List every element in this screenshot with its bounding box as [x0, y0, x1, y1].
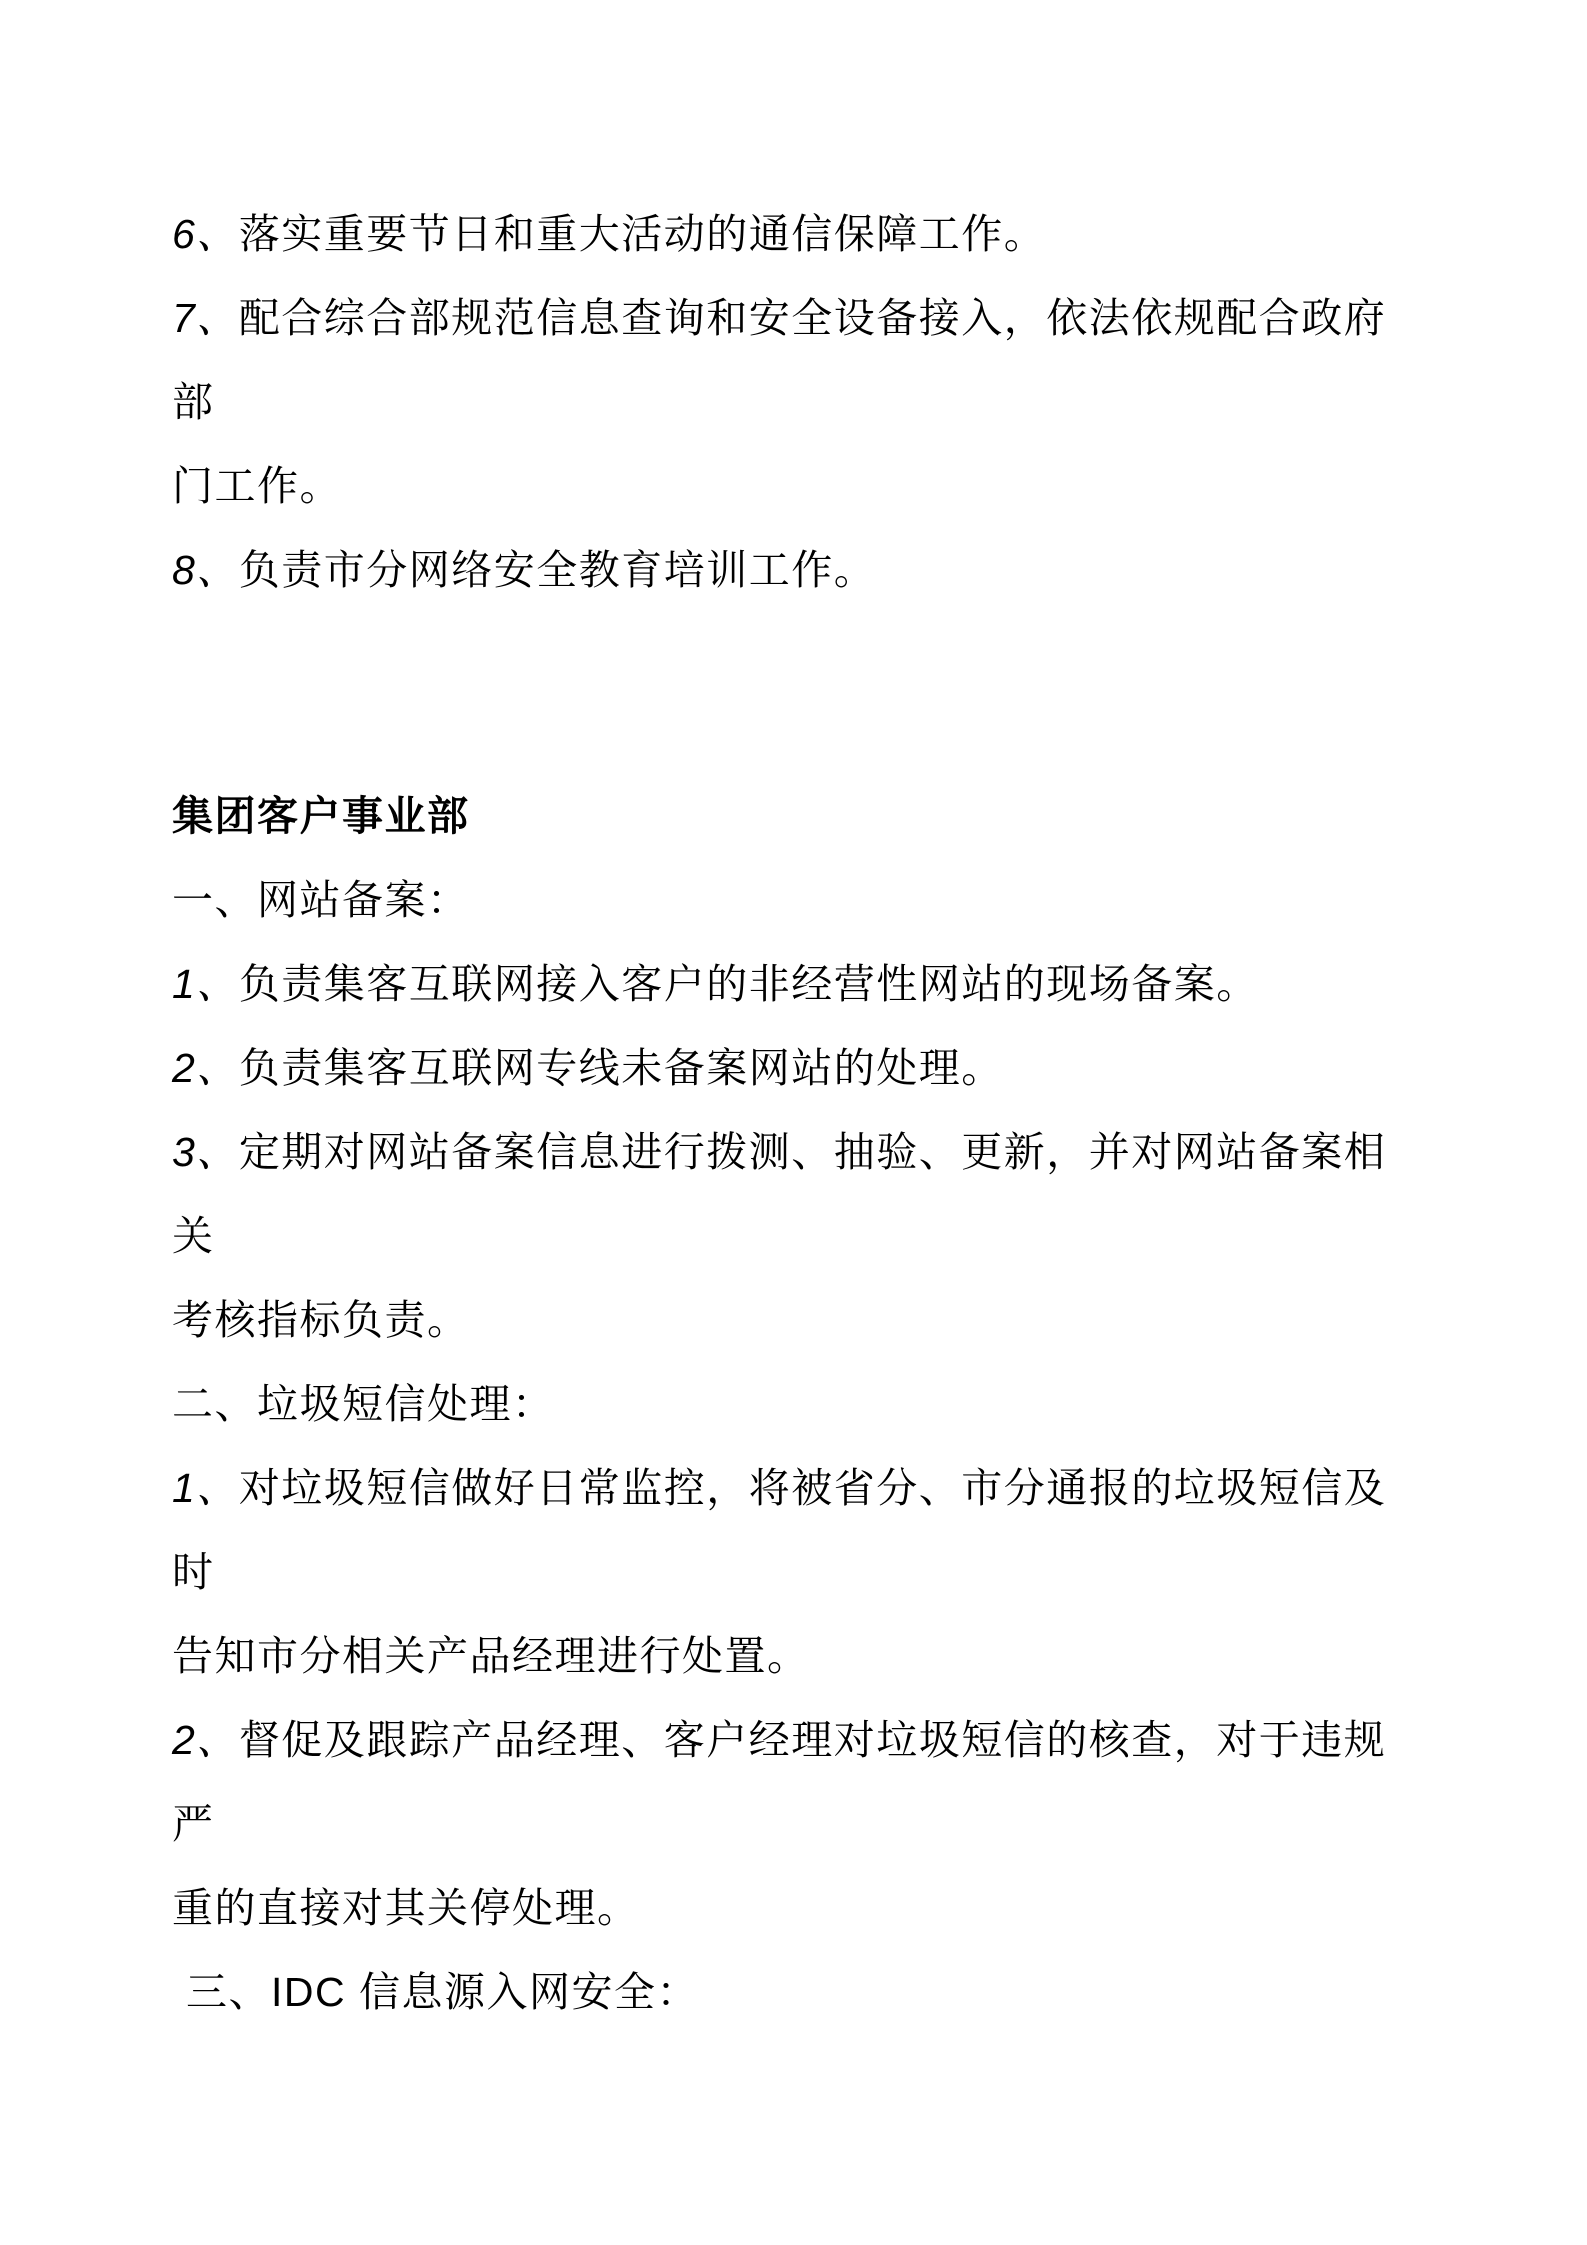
doc-line: 门工作。 — [172, 444, 1457, 528]
doc-line: 2、负责集客互联网专线未备案网站的处理。 — [172, 1026, 1457, 1110]
doc-line: 关 — [172, 1194, 1457, 1278]
doc-line: 8、负责市分网络安全教育培训工作。 — [172, 528, 1457, 612]
doc-line: 三、IDC 信息源入网安全： — [172, 1950, 1457, 2034]
doc-line: 考核指标负责。 — [172, 1278, 1457, 1362]
doc-line: 二、垃圾短信处理： — [172, 1362, 1457, 1446]
doc-line: 3、定期对网站备案信息进行拨测、抽验、更新，并对网站备案相 — [172, 1110, 1457, 1194]
section-gap — [172, 612, 1457, 774]
doc-line: 6、落实重要节日和重大活动的通信保障工作。 — [172, 192, 1457, 276]
doc-line: 部 — [172, 360, 1457, 444]
document-page: 6、落实重要节日和重大活动的通信保障工作。 7、配合综合部规范信息查询和安全设备… — [0, 0, 1587, 2245]
doc-line: 重的直接对其关停处理。 — [172, 1866, 1457, 1950]
doc-line: 7、配合综合部规范信息查询和安全设备接入，依法依规配合政府 — [172, 276, 1457, 360]
doc-line: 一、网站备案： — [172, 858, 1457, 942]
doc-line: 时 — [172, 1530, 1457, 1614]
doc-line: 1、对垃圾短信做好日常监控，将被省分、市分通报的垃圾短信及 — [172, 1446, 1457, 1530]
doc-line: 2、督促及跟踪产品经理、客户经理对垃圾短信的核查，对于违规 — [172, 1698, 1457, 1782]
doc-line: 1、负责集客互联网接入客户的非经营性网站的现场备案。 — [172, 942, 1457, 1026]
doc-line: 严 — [172, 1782, 1457, 1866]
section-heading: 集团客户事业部 — [172, 774, 1457, 858]
doc-line: 告知市分相关产品经理进行处置。 — [172, 1614, 1457, 1698]
